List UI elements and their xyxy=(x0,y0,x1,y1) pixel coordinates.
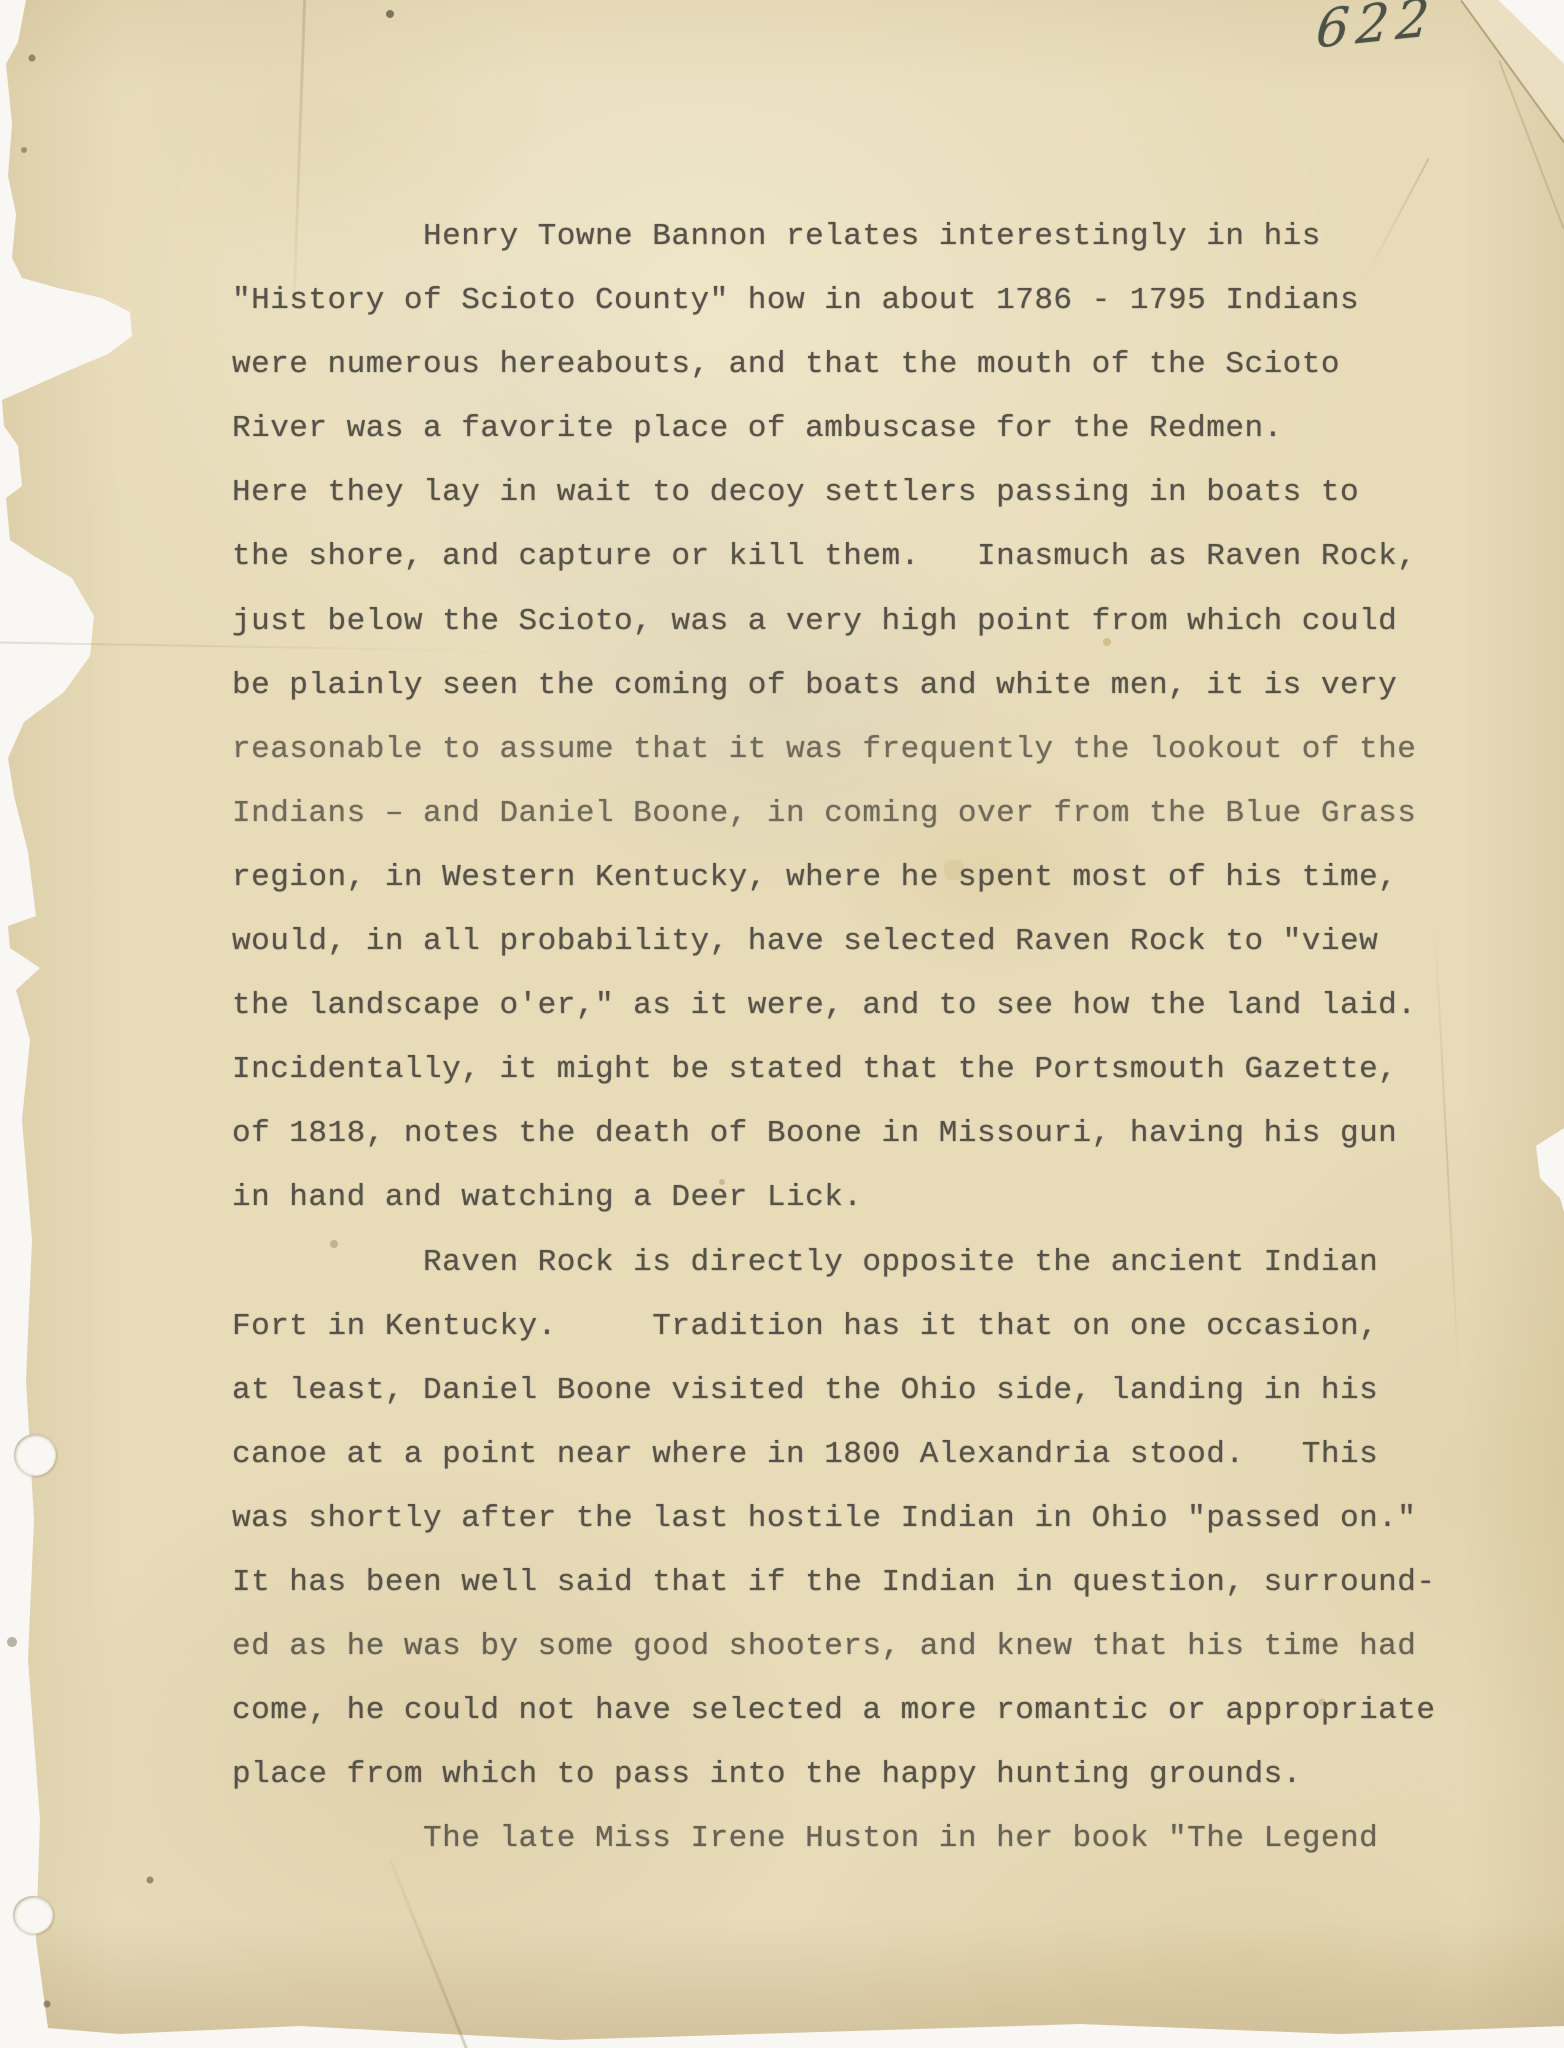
typewritten-line: was shortly after the last hostile India… xyxy=(232,1487,1472,1551)
typewritten-line: of 1818, notes the death of Boone in Mis… xyxy=(232,1102,1472,1166)
typewritten-line: It has been well said that if the Indian… xyxy=(232,1551,1472,1615)
typewritten-line: canoe at a point near where in 1800 Alex… xyxy=(232,1423,1472,1487)
typewritten-line: ed as he was by some good shooters, and … xyxy=(232,1615,1472,1679)
typewritten-line: Henry Towne Bannon relates interestingly… xyxy=(232,205,1472,269)
typewritten-line: Indians – and Daniel Boone, in coming ov… xyxy=(232,782,1472,846)
typewritten-line: were numerous hereabouts, and that the m… xyxy=(232,333,1472,397)
punch-hole xyxy=(13,1896,53,1934)
typewritten-line: The late Miss Irene Huston in her book "… xyxy=(232,1807,1472,1871)
typewritten-line: River was a favorite place of ambuscase … xyxy=(232,397,1472,461)
typewritten-line: at least, Daniel Boone visited the Ohio … xyxy=(232,1359,1472,1423)
typewritten-line: "History of Scioto County" how in about … xyxy=(232,269,1472,333)
typewritten-line: the landscape o'er," as it were, and to … xyxy=(232,974,1472,1038)
typewritten-line: be plainly seen the coming of boats and … xyxy=(232,654,1472,718)
foxing-specks xyxy=(0,0,4,4)
typewritten-line: just below the Scioto, was a very high p… xyxy=(232,590,1472,654)
typewritten-line: reasonable to assume that it was frequen… xyxy=(232,718,1472,782)
typewritten-line: Raven Rock is directly opposite the anci… xyxy=(232,1231,1472,1295)
typewritten-line: would, in all probability, have selected… xyxy=(232,910,1472,974)
typewritten-line: the shore, and capture or kill them. Ina… xyxy=(232,525,1472,589)
typewritten-line: Incidentally, it might be stated that th… xyxy=(232,1038,1472,1102)
typewritten-text: Henry Towne Bannon relates interestingly… xyxy=(232,205,1472,1871)
typewritten-line: come, he could not have selected a more … xyxy=(232,1679,1472,1743)
typewritten-line: in hand and watching a Deer Lick. xyxy=(232,1166,1472,1230)
typewritten-line: region, in Western Kentucky, where he sp… xyxy=(232,846,1472,910)
punch-hole xyxy=(14,1434,56,1476)
typewritten-line: Here they lay in wait to decoy settlers … xyxy=(232,461,1472,525)
typewritten-line: place from which to pass into the happy … xyxy=(232,1743,1472,1807)
typewritten-line: Fort in Kentucky. Tradition has it that … xyxy=(232,1295,1472,1359)
scanned-page: Henry Towne Bannon relates interestingly… xyxy=(0,0,1564,2048)
